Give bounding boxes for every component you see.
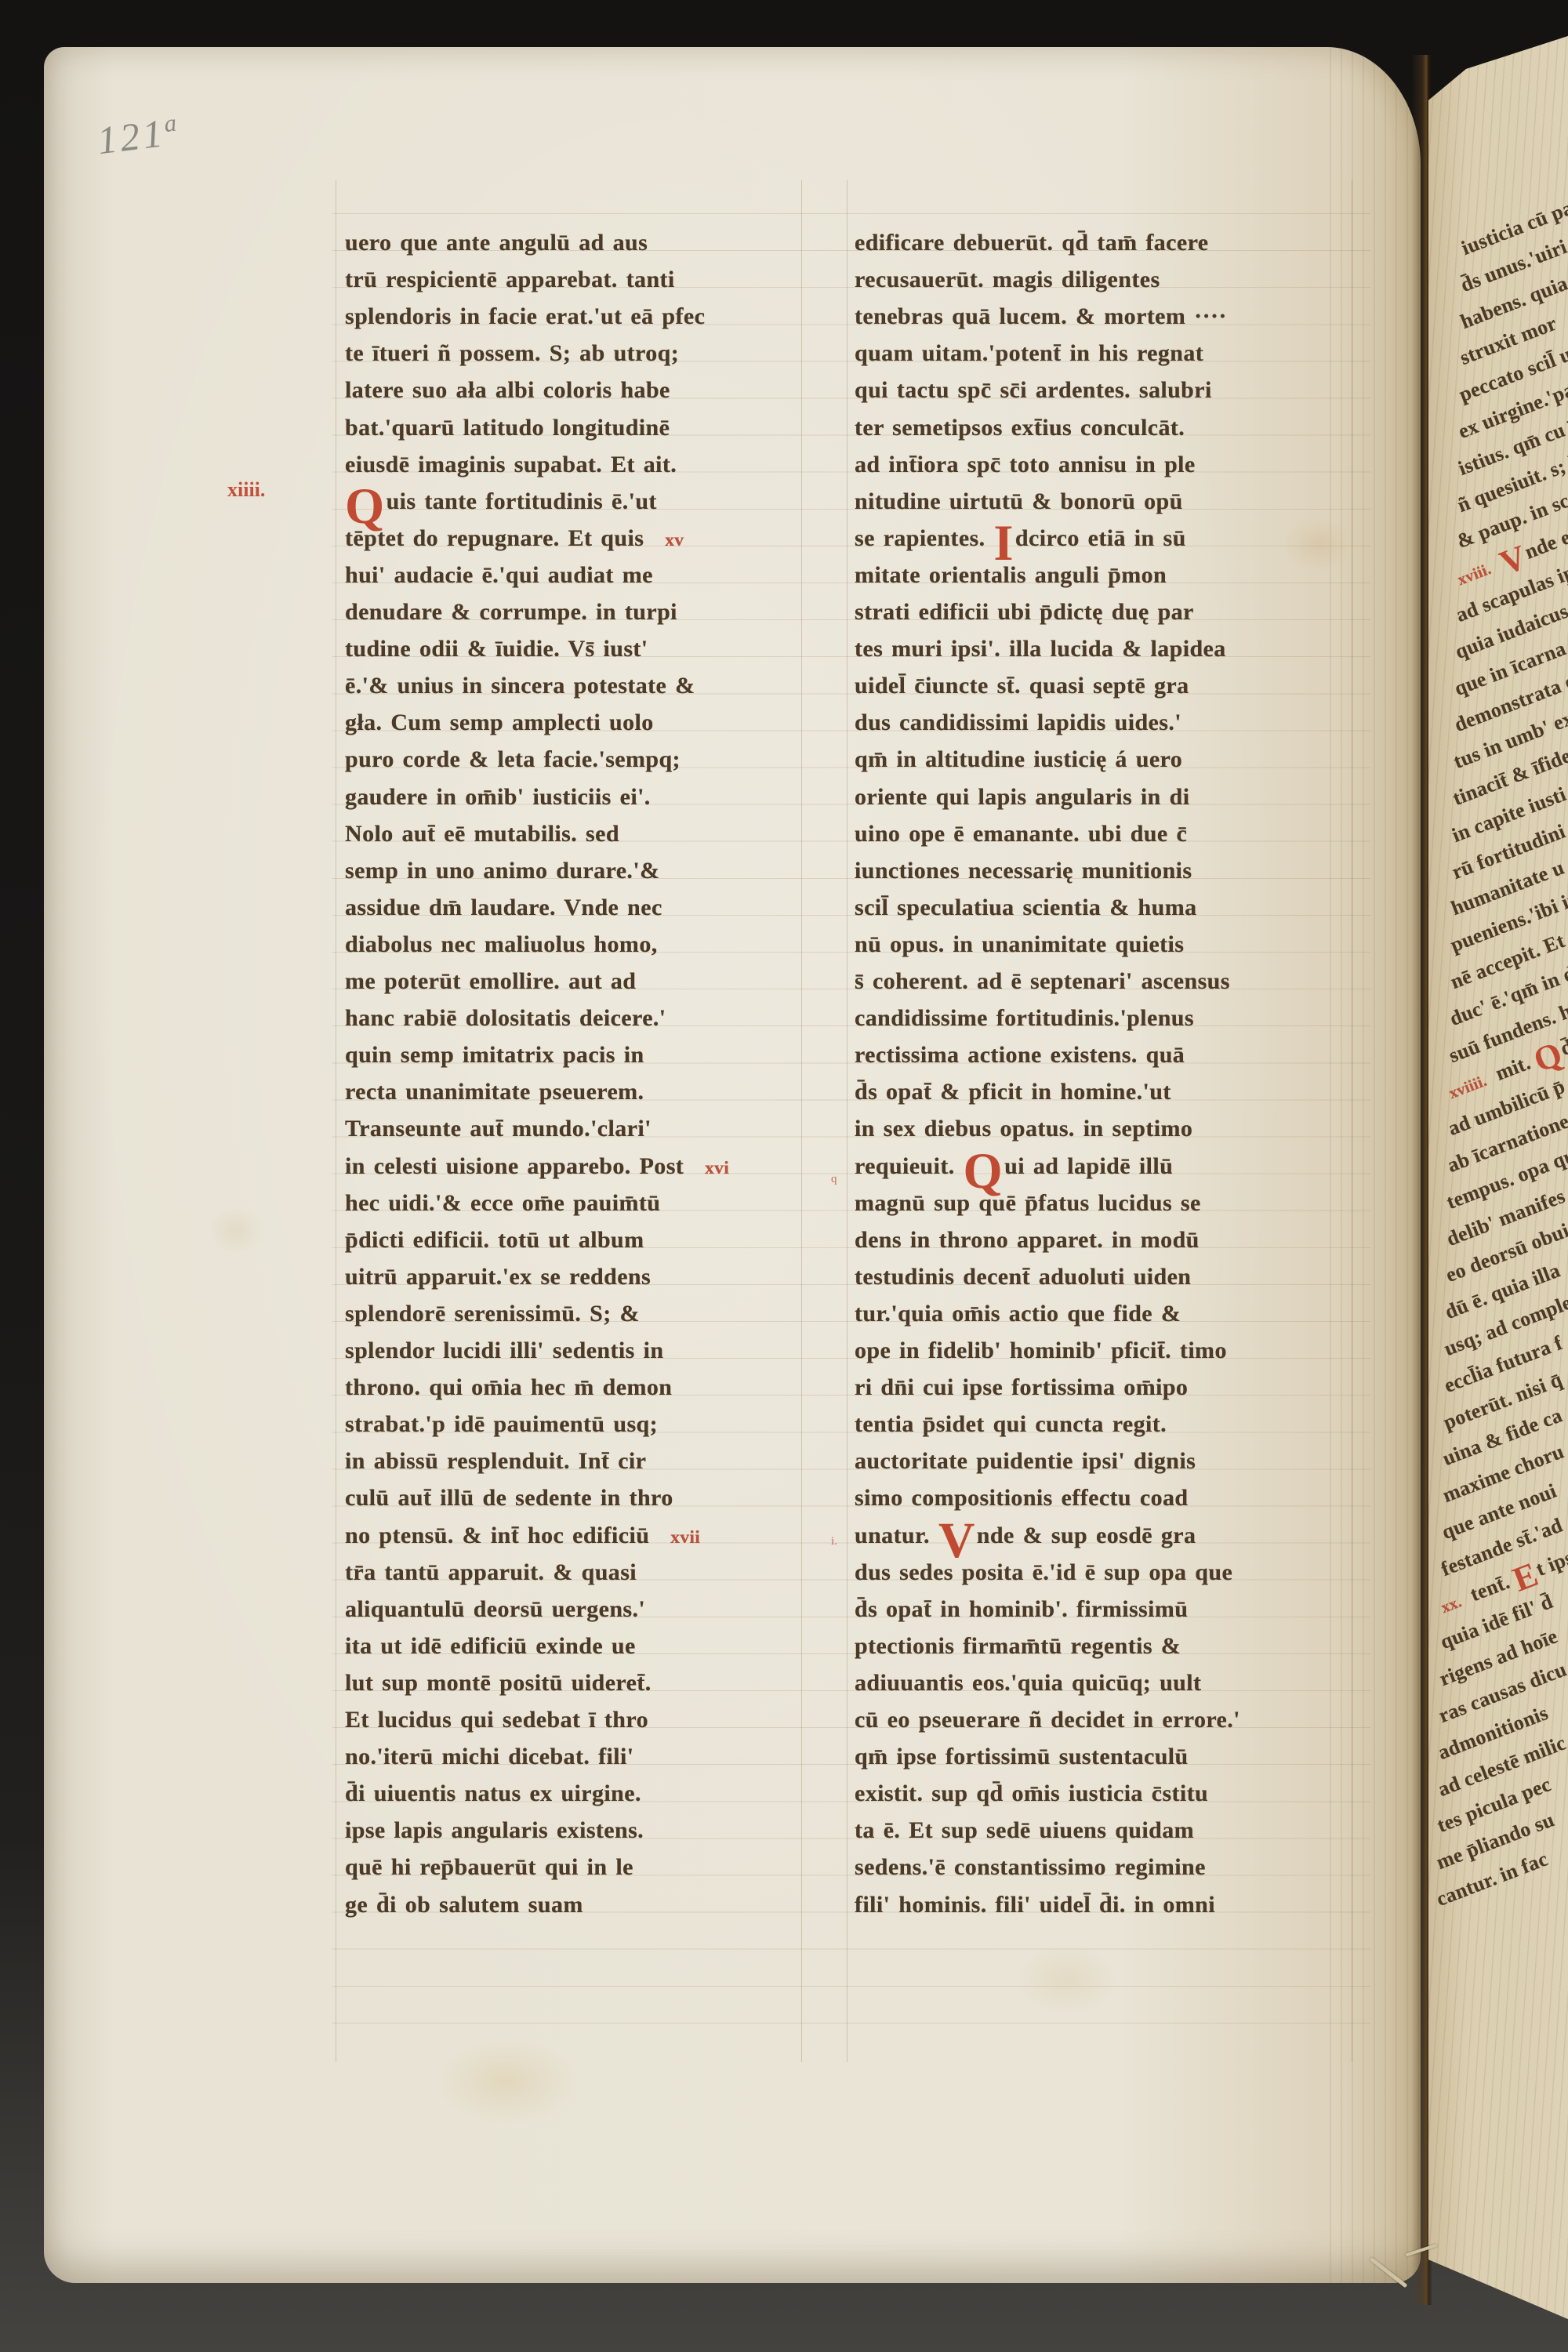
text-line: tentia p̄sidet qui cuncta regit.: [855, 1406, 1167, 1443]
text-line: tr̄a tantū apparuit. & quasi: [345, 1554, 637, 1591]
text-line: nū opus. in unanimitate quietis: [855, 926, 1184, 963]
text-line: ptectionis firmam̄tū regentis &: [855, 1628, 1181, 1664]
text-line: testudinis decent̄ aduoluti uiden: [855, 1258, 1191, 1295]
text-line: d̄s opat̄ & pficit in homine.'ut: [855, 1073, 1171, 1110]
parchment-stain: [1283, 517, 1353, 572]
text-line: assidue dm̄ laudare. Vnde nec: [345, 889, 662, 926]
text-line: ita ut idē edificiū exinde ue: [345, 1628, 636, 1664]
text-line: hanc rabiē dolositatis deicere.': [345, 1000, 666, 1036]
text-line: Nolo aut̄ eē mutabilis. sed: [345, 815, 619, 852]
text-line: quin semp imitatrix pacis in: [345, 1036, 644, 1073]
text-line: eiusdē imaginis supabat. Et ait.: [345, 446, 677, 483]
text-line: gaudere in om̄ib' iusticiis ei'.: [345, 779, 651, 815]
text-line: tenebras quā lucem. & mortem ····: [855, 298, 1227, 335]
text-line: denudare & corrumpe. in turpi: [345, 593, 677, 630]
column-guide-line: [1352, 180, 1352, 2062]
text-line: culū aut̄ illū de sedente in thro: [345, 1479, 673, 1516]
text-line: d̄s opat̄ in hominib'. firmissimū: [855, 1591, 1188, 1628]
text-line: lut sup montē positū uideret̄.: [345, 1664, 652, 1701]
text-line: in sex diebus opatus. in septimo: [855, 1110, 1192, 1147]
text-line: semp in uno animo durare.'&: [345, 852, 659, 889]
text-line: te ītueri ñ possem. S; ab utroq;: [345, 335, 679, 372]
text-line: ter semetipsos ext̄ius conculcāt.: [855, 409, 1185, 446]
text-line: ē.'& unius in sincera potestate &: [345, 667, 695, 704]
manuscript-photo: { "folio": {"number": "121", "letter": "…: [0, 0, 1568, 2352]
text-line: quam uitam.'potent̄ in his regnat: [855, 335, 1203, 372]
text-line: ta ē. Et sup sedē uiuens quidam: [855, 1812, 1194, 1849]
text-line: requieuit. Qui ad lapidē illū: [855, 1148, 1173, 1185]
text-line: fili' hominis. fili' uidel̄ d̄i. in omni: [855, 1886, 1215, 1923]
guide-mark: i.: [831, 1535, 837, 1548]
column-guide-line: [847, 180, 848, 2062]
text-line: Et lucidus qui sedebat ī thro: [345, 1701, 648, 1738]
folio-letter: a: [162, 108, 181, 137]
text-line: dus sedes posita ē.'id ē sup opa que: [855, 1554, 1232, 1591]
text-line: uino ope ē emanante. ubi due c̄: [855, 815, 1187, 852]
text-line: puro corde & leta facie.'sempq;: [345, 741, 681, 778]
text-line: splendorē serenissimū. S; &: [345, 1295, 640, 1332]
text-line: s̄ coherent. ad ē septenari' ascensus: [855, 963, 1230, 1000]
text-line: latere suo ała albi coloris habe: [345, 372, 670, 408]
text-line: existit. sup qd̄ om̄is iusticia c̄stitu: [855, 1775, 1208, 1812]
column-guide-line: [801, 180, 802, 2062]
folio-number: 121: [95, 111, 168, 162]
text-line: hui' audacie ē.'qui audiat me: [345, 557, 653, 593]
text-line: throno. qui om̄ia hec m̄ demon: [345, 1369, 672, 1406]
text-line: in abissū resplenduit. Int̄ cir: [345, 1443, 646, 1479]
text-line: uitrū apparuit.'ex se reddens: [345, 1258, 651, 1295]
text-line: no ptensū. & int̄ hoc edificiū xvii: [345, 1517, 700, 1554]
text-line: tudine odii & īuidie. Vs̄ iust': [345, 630, 648, 667]
text-line: candidissime fortitudinis.'plenus: [855, 1000, 1194, 1036]
text-line: me poterūt emollire. aut ad: [345, 963, 636, 1000]
text-line: d̄i uiuentis natus ex uirgine.: [345, 1775, 641, 1812]
rubric-chapter-number: xv: [665, 530, 684, 550]
text-line: iunctiones necessarię munitionis: [855, 852, 1192, 889]
text-line: se rapientes. Idcirco etiā in sū: [855, 520, 1186, 557]
text-line: uidel̄ c̄iuncte st̄. quasi septē gra: [855, 667, 1189, 704]
text-line: edificare debuerūt. qd̄ tam̄ facere: [855, 224, 1209, 261]
text-line: recta unanimitate pseuerem.: [345, 1073, 644, 1110]
text-line: tur.'quia om̄is actio que fide &: [855, 1295, 1181, 1332]
text-line: mitate orientalis anguli p̄mon: [855, 557, 1167, 593]
text-line: bat.'quarū latitudo longitudinē: [345, 409, 670, 446]
text-line: in celesti uisione apparebo. Post xvi: [345, 1148, 729, 1185]
guide-mark: q: [831, 1173, 837, 1186]
manuscript-page: 121a xiiii. uero que ante angulū ad aust…: [44, 47, 1421, 2283]
column-guide-line: [336, 180, 336, 2062]
text-line: ope in fidelib' hominib' pficit̄. timo: [855, 1332, 1227, 1369]
next-page-edge: iusticia cū pad̄s unus.'uirihabens. quia…: [1428, 28, 1568, 2325]
text-line: qui tactu spc̄ sc̄i ardentes. salubri: [855, 372, 1212, 408]
text-line: Transeunte aut̄ mundo.'clari': [345, 1110, 652, 1147]
text-line: strati edificii ubi p̄dictę duę par: [855, 593, 1194, 630]
text-line: sedens.'ē constantissimo regimine: [855, 1849, 1206, 1886]
text-line: no.'iterū michi dicebat. fili': [345, 1738, 633, 1775]
text-line: ge d̄i ob salutem suam: [345, 1886, 583, 1923]
chapter-number-xiiii: xiiii.: [227, 478, 265, 502]
text-line: cū eo pseuerare ñ decidet in errore.': [855, 1701, 1240, 1738]
folio-number-pencil: 121a: [95, 108, 183, 164]
text-line: gła. Cum semp amplecti uolo: [345, 704, 654, 741]
text-line: adiuuantis eos.'quia quicūq; uult: [855, 1664, 1201, 1701]
text-line: ipse lapis angularis existens.: [345, 1812, 644, 1849]
text-line: ad int̄iora spc̄ toto annisu in ple: [855, 446, 1196, 483]
text-line: trū respicientē apparebat. tanti: [345, 261, 675, 298]
rubric-initial: E: [1508, 1555, 1543, 1599]
text-line: magnū sup quē p̄fatus lucidus se: [855, 1185, 1201, 1221]
text-line: hec uidi.'& ecce om̄e pauim̄tū: [345, 1185, 660, 1221]
text-line: qm̄ ipse fortissimū sustentaculū: [855, 1738, 1189, 1775]
text-line: scil̄ speculatiua scientia & huma: [855, 889, 1196, 926]
text-line: dens in throno apparet. in modū: [855, 1221, 1200, 1258]
text-line: Quis tante fortitudinis ē.'ut: [345, 483, 657, 520]
text-line: dus candidissimi lapidis uides.': [855, 704, 1181, 741]
text-line: quē hi rep̄bauerūt qui in le: [345, 1849, 633, 1886]
rubric-chapter-number: xvi: [705, 1158, 729, 1178]
text-line: splendoris in facie erat.'ut eā pfec: [345, 298, 705, 335]
parchment-stain: [1016, 1944, 1118, 2015]
text-line: tēptet do repugnare. Et quis xv: [345, 520, 684, 557]
text-line: strabat.'p idē pauimentū usq;: [345, 1406, 658, 1443]
text-line: p̄dicti edificii. totū ut album: [345, 1221, 644, 1258]
text-line: tes muri ipsi'. illa lucida & lapidea: [855, 630, 1226, 667]
text-line: splendor lucidi illi' sedentis in: [345, 1332, 663, 1369]
text-line: rectissima actione existens. quā: [855, 1036, 1185, 1073]
parchment-stain: [436, 2038, 577, 2125]
fore-edge-grain: [1330, 47, 1421, 2283]
text-line: nitudine uirtutū & bonorū opū: [855, 483, 1183, 520]
text-line: qm̄ in altitudine iusticię á uero: [855, 741, 1182, 778]
text-line: diabolus nec maliuolus homo,: [345, 926, 658, 963]
text-line: unatur. Vnde & sup eosdē gra: [855, 1517, 1196, 1554]
text-line: uero que ante angulū ad aus: [345, 224, 648, 261]
text-line: aliquantulū deorsū uergens.': [345, 1591, 645, 1628]
text-line: recusauerūt. magis diligentes: [855, 261, 1160, 298]
parchment-stain: [209, 1207, 263, 1254]
rubric-chapter-number: xvii: [670, 1527, 700, 1548]
text-line: oriente qui lapis angularis in di: [855, 779, 1189, 815]
text-line: ri dn̄i cui ipse fortissima om̄ipo: [855, 1369, 1188, 1406]
text-line: simo compositionis effectu coad: [855, 1479, 1189, 1516]
text-line: auctoritate puidentie ipsi' dignis: [855, 1443, 1196, 1479]
